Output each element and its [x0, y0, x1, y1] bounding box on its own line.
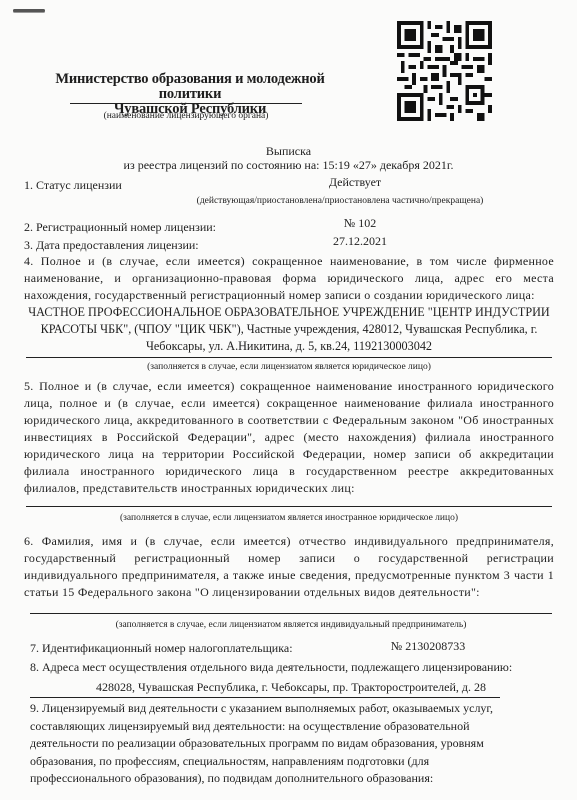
ministry-caption: (наименование лицензирующего органа) — [70, 111, 302, 121]
document-title: Выписка — [0, 144, 577, 159]
item5-caption: (заполняется в случае, если лицензиатом … — [26, 513, 552, 523]
item4-caption: (заполняется в случае, если лицензиатом … — [26, 362, 552, 372]
item6-underline — [30, 613, 552, 614]
item6-text: 6. Фамилия, имя и (в случае, если имеетс… — [24, 533, 554, 601]
item8-underline — [30, 697, 500, 698]
item8-value: 428028, Чувашская Республика, г. Чебокса… — [30, 680, 552, 695]
item4-text: 4. Полное и (в случае, если имеется) сок… — [24, 253, 554, 304]
status-label: 1. Статус лицензии — [24, 178, 122, 193]
item9-text: 9. Лицензируемый вид деятельности с указ… — [30, 700, 494, 788]
status-caption: (действующая/приостановлена/приостановле… — [150, 196, 530, 206]
item4-underline — [26, 357, 552, 358]
licensee-line-3: Чебоксары, ул. А.Никитина, д. 5, кв.24, … — [24, 338, 554, 355]
inn-label: 7. Идентификационный номер налогоплатель… — [30, 641, 293, 656]
date-value: 27.12.2021 — [310, 234, 410, 249]
licensee-details: ЧАСТНОЕ ПРОФЕССИОНАЛЬНОЕ ОБРАЗОВАТЕЛЬНОЕ… — [24, 304, 554, 355]
item5-text: 5. Полное и (в случае, если имеется) сок… — [24, 378, 554, 497]
licensee-line-2: КРАСОТЫ ЧБК", (ЧПОУ "ЦИК ЧБК"), Частные … — [24, 321, 554, 338]
qr-code-icon — [397, 21, 492, 121]
inn-value: № 2130208733 — [358, 639, 498, 654]
item8-label: 8. Адреса мест осуществления отдельного … — [30, 660, 512, 675]
item5-underline — [26, 506, 552, 507]
staple-mark — [13, 9, 45, 12]
licensee-line-1: ЧАСТНОЕ ПРОФЕССИОНАЛЬНОЕ ОБРАЗОВАТЕЛЬНОЕ… — [24, 304, 554, 321]
ministry-underline — [70, 103, 302, 104]
status-value: Действует — [300, 175, 410, 190]
date-label: 3. Дата предоставления лицензии: — [24, 238, 199, 253]
item6-caption: (заполняется в случае, если лицензиатом … — [30, 620, 552, 630]
ministry-line-1: Министерство образования и молодежной по… — [40, 72, 340, 102]
document-subtitle: из реестра лицензий по состоянию на: 15:… — [0, 158, 577, 173]
reg-number-label: 2. Регистрационный номер лицензии: — [24, 220, 216, 235]
reg-number-value: № 102 — [310, 216, 410, 231]
